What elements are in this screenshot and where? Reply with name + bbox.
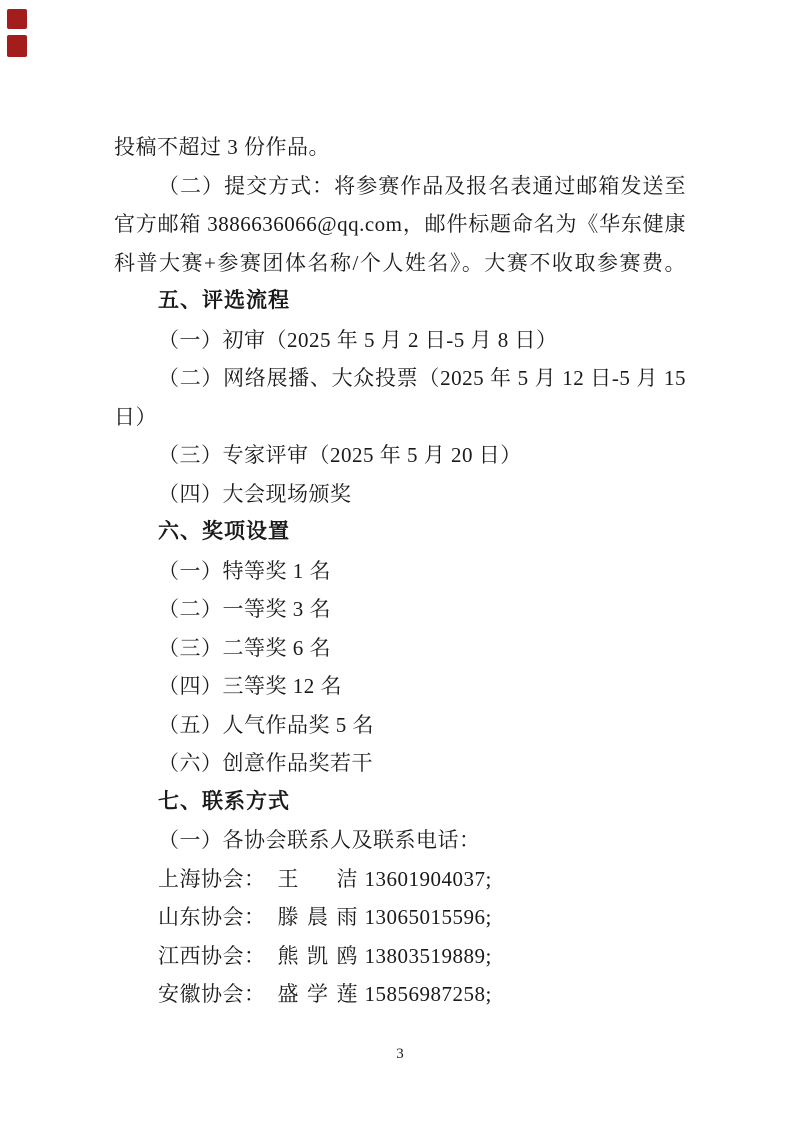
- contact-org: 江西协会：: [158, 937, 266, 976]
- body-line-online-voting: （二）网络展播、大众投票（2025 年 5 月 12 日-5 月 15: [114, 359, 686, 398]
- contact-row-shandong: 山东协会： 滕晨雨 13065015596;: [114, 898, 686, 937]
- body-line-contact-intro: （一）各协会联系人及联系电话：: [114, 821, 686, 860]
- contact-row-shanghai: 上海协会： 王 洁 13601904037;: [114, 860, 686, 899]
- contact-name: 滕晨雨: [278, 898, 358, 937]
- body-line-popularity-prize: （五）人气作品奖 5 名: [114, 706, 686, 745]
- contact-org: 安徽协会：: [158, 975, 266, 1014]
- section-heading-awards: 六、奖项设置: [114, 513, 686, 552]
- contact-name: 盛学莲: [278, 975, 358, 1014]
- body-line-grand-prize: （一）特等奖 1 名: [114, 552, 686, 591]
- body-line-submission-method: （二）提交方式：将参赛作品及报名表通过邮箱发送至: [114, 167, 686, 206]
- body-line-continuation: 投稿不超过 3 份作品。: [114, 128, 686, 167]
- contact-phone: 13601904037;: [365, 860, 492, 899]
- body-line-expert-review: （三）专家评审（2025 年 5 月 20 日）: [114, 436, 686, 475]
- red-stamp-mark-top: [7, 9, 27, 29]
- body-line-email: 官方邮箱 3886636066@qq.com，邮件标题命名为《华东健康: [114, 205, 686, 244]
- contact-phone: 13803519889;: [365, 937, 492, 976]
- contact-org: 上海协会：: [158, 860, 266, 899]
- body-line-third-prize: （四）三等奖 12 名: [114, 667, 686, 706]
- document-page: 投稿不超过 3 份作品。 （二）提交方式：将参赛作品及报名表通过邮箱发送至 官方…: [0, 0, 800, 1131]
- contact-row-anhui: 安徽协会： 盛学莲 15856987258;: [114, 975, 686, 1014]
- body-line-first-review: （一）初审（2025 年 5 月 2 日-5 月 8 日）: [114, 321, 686, 360]
- body-line-creativity-prize: （六）创意作品奖若干: [114, 744, 686, 783]
- document-body: 投稿不超过 3 份作品。 （二）提交方式：将参赛作品及报名表通过邮箱发送至 官方…: [114, 128, 686, 1014]
- contact-name: 熊凯鸥: [278, 937, 358, 976]
- body-line-title-naming: 科普大赛+参赛团体名称/个人姓名》。大赛不收取参赛费。: [114, 244, 686, 283]
- red-stamp-mark-bottom: [7, 35, 27, 57]
- section-heading-review-process: 五、评选流程: [114, 282, 686, 321]
- body-line-first-prize: （二）一等奖 3 名: [114, 590, 686, 629]
- body-line-second-prize: （三）二等奖 6 名: [114, 629, 686, 668]
- contact-phone: 15856987258;: [365, 975, 492, 1014]
- contact-phone: 13065015596;: [365, 898, 492, 937]
- contact-name: 王 洁: [278, 860, 358, 899]
- body-line-voting-wrap: 日）: [114, 398, 686, 437]
- contact-org: 山东协会：: [158, 898, 266, 937]
- contact-row-jiangxi: 江西协会： 熊凯鸥 13803519889;: [114, 937, 686, 976]
- section-heading-contact: 七、联系方式: [114, 783, 686, 822]
- page-number: 3: [0, 1044, 800, 1064]
- body-line-award-ceremony: （四）大会现场颁奖: [114, 475, 686, 514]
